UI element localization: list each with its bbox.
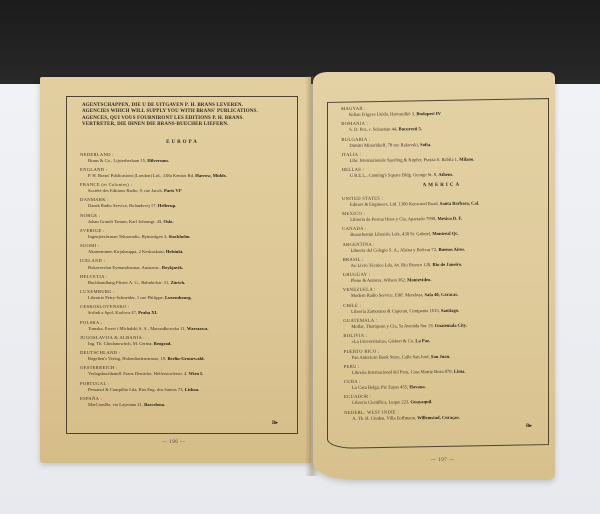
country-name: POLSKA : — [80, 320, 285, 325]
agent-address: Tomska, Ewert i Michalski S. A., Marszał… — [80, 326, 285, 331]
agent-city: Wien I. — [189, 371, 203, 376]
agency-entry: PORTUGAL :Pessanol & Campilho Lda, Rua E… — [80, 381, 285, 392]
agent-address: Mollar, Thompson y Cia, 5a Avenida Sur 1… — [343, 322, 543, 329]
agent-text: U.R.E.L., Canning's Square Bldg. George … — [350, 172, 438, 178]
agent-address: Dansk Radio Service, Rolandsvej 17, Hell… — [80, 203, 285, 208]
agent-city: Oslo. — [164, 219, 174, 224]
agency-entry: CHILE :Libreria Zamorano & Caperan, Comp… — [343, 301, 543, 314]
agent-address: Libreria Científica, Luque 223, Guayaqui… — [344, 398, 544, 405]
agent-address: Beauchemin Librairie Ltée, 430 St. Gabri… — [342, 230, 542, 237]
agent-address: Editors & Engineers, Ltd. 1300 Kenwood R… — [342, 200, 542, 207]
country-name: LUXEMBURG : — [80, 289, 285, 294]
country-name: CESKOSLOVENSKO : — [80, 304, 285, 309]
agent-text: Libreria del Colegio S. A., Alsina y Bol… — [350, 247, 437, 253]
agent-text: Dansk Radio Service, Rolandsvej 17, — [88, 203, 157, 208]
agency-entry: BOLIVIA :«La Universitaria», Gisbert & C… — [343, 331, 543, 344]
agency-entry: LUXEMBURG :Librairie Petry-Schneider, 1 … — [80, 289, 285, 300]
agency-entry: SVERIGE :Ingenjörsfirman Teknoradio, Ryt… — [80, 228, 285, 239]
agent-text: S. D. Pot., r. Sebastian 44, — [349, 127, 397, 133]
agent-city: Lisboa. — [185, 387, 199, 392]
agent-address: La Casa Belga, Pte Zayas 455, Havana. — [344, 383, 544, 390]
agency-entry: NEDERL. WEST INDIË :A. Th. H. Cruden, Vi… — [344, 408, 544, 421]
agent-city: Hellerup. — [158, 203, 177, 208]
page-number: — 196 — — [162, 440, 186, 445]
agent-city: Zürich. — [171, 280, 186, 285]
agent-city: Praha XI. — [138, 310, 157, 315]
agent-address: Regelien's Verlag, Hohenlindenstrasse, 1… — [80, 356, 285, 361]
agent-address: Ing. Th. Chodanowitch, M. Cerina, Beogra… — [80, 341, 285, 346]
agent-text: Brans & Co., Lijsterbeslaan 15, — [88, 158, 146, 163]
agent-city: Havana. — [409, 384, 426, 389]
agency-entry: ROMANIA :S. D. Pot., r. Sebastian 44, Bu… — [341, 119, 541, 132]
right-page-content: MAGYAR :Kilian Frigyes Utóda, Hatvanilkö… — [341, 104, 544, 425]
agency-entry: BRASIL :Ao Livro Técnico Lda, Av. Rio Br… — [343, 255, 543, 268]
agent-city: Hilversum. — [147, 158, 169, 163]
agent-address: MarConsRe, via Layetana 21, Barcelona. — [80, 402, 285, 407]
agency-entry: URUGUAY :Pleno & Autores, Wilson 362, Mo… — [343, 270, 543, 283]
country-name: SVERIGE : — [80, 228, 285, 233]
agent-city: Buenos Aires. — [438, 246, 465, 251]
agent-text: Editors & Engineers, Ltd. 1300 Kenwood R… — [350, 201, 439, 207]
country-name: DANMARK : — [80, 197, 285, 202]
agent-address: Pan American Book Store, Calle San José,… — [344, 352, 544, 359]
agent-city: Montreal Qc. — [432, 231, 458, 236]
agent-text: MarConsRe, via Layetana 21, — [88, 402, 143, 407]
agent-text: «La Universitaria», Gisbert & Co, — [351, 339, 414, 345]
agent-text: Libreria Zamorano & Caperan, Compania 10… — [351, 308, 440, 314]
agent-text: Libreria Científica, Luque 223, — [352, 400, 409, 406]
agent-text: La Casa Belga, Pte Zayas 455, — [352, 384, 408, 390]
right-page: MAGYAR :Kilian Frigyes Utóda, Hatvanilkö… — [313, 72, 555, 480]
agent-city: Mexico D. F. — [437, 216, 462, 221]
agent-text: Libreria de Porrua Hnos y Cia, Apartado … — [350, 216, 436, 222]
country-name: HELVETIA : — [80, 274, 285, 279]
agency-entry: CANADA :Beauchemin Librairie Ltée, 430 S… — [342, 224, 542, 237]
agent-city: Willemstad, Curaçao. — [417, 414, 460, 419]
agent-city: Santiago. — [441, 308, 459, 313]
agent-city: San Juan. — [431, 353, 450, 358]
agent-address: Libreria Zamorano & Caperan, Compania 10… — [343, 307, 543, 314]
agent-address: Ao Livro Técnico Lda, Av. Rio Branco 120… — [343, 261, 543, 268]
agency-entry: SUOMI :Akateeminen Kirjakauppa, 2 Keskus… — [80, 243, 285, 254]
country-name: NORGE : — [80, 213, 285, 218]
agent-address: Verlagsbuchhandl. Franz Deuticke, Helfer… — [80, 371, 285, 376]
agent-city: Bucuresti 5. — [398, 126, 421, 131]
agency-entry: JUGOSLAVIJA & ALBANIA :Ing. Th. Chodanow… — [80, 335, 285, 346]
catchword: B▸ — [526, 423, 532, 429]
agent-address: Modern Radio Service, Edif. Mendoza, Sal… — [343, 291, 543, 298]
country-name: FRANCE (et Colonies) : — [80, 182, 285, 187]
agent-address: Dimitri Minorbkoff, 78 rue Rakovski, Sof… — [341, 141, 541, 148]
agency-entry: OESTERREICH :Verlagsbuchhandl. Franz Deu… — [80, 365, 285, 376]
agent-text: Kilian Frigyes Utóda, Hatvanilkö 3, — [349, 111, 415, 117]
agent-address: Kilian Frigyes Utóda, Hatvanilkö 3, Buda… — [341, 110, 541, 117]
agent-text: Johan Grundt Tanum, Karl Johansgt. 43, — [88, 219, 162, 224]
agency-entry: ITALIA :Libr. Internazionale Sperling & … — [341, 150, 541, 163]
agent-address: Johan Grundt Tanum, Karl Johansgt. 43, O… — [80, 219, 285, 224]
agent-text: Pan American Book Store, Calle San José, — [352, 354, 430, 360]
agent-text: Société des Editions Radio, 9, rue Jacob… — [88, 188, 163, 193]
agent-text: Ing. Th. Chodanowitch, M. Cerina, — [88, 341, 153, 346]
agent-address: Libreria del Colegio S. A., Alsina y Bol… — [342, 246, 542, 253]
catchword: B▸ — [272, 420, 278, 426]
region-heading-america: AMERICA — [342, 182, 542, 190]
agency-entry: MAGYAR :Kilian Frigyes Utóda, Hatvanilkö… — [341, 104, 541, 117]
agency-list-europe: NEDERLAND :Brans & Co., Lijsterbeslaan 1… — [80, 152, 285, 408]
agency-entry: VENEZUELA :Modern Radio Service, Edif. M… — [343, 285, 543, 298]
country-name: ESPAÑA : — [80, 396, 285, 401]
country-name: ENGLAND : — [80, 167, 285, 172]
agency-entry: GUATEMALA :Mollar, Thompson y Cia, 5a Av… — [343, 316, 543, 329]
agent-text: Ao Livro Técnico Lda, Av. Rio Branco 120… — [351, 262, 432, 268]
agency-entry: MEXICO :Libreria de Porrua Hnos y Cia, A… — [342, 209, 542, 222]
agent-text: Libreria Internacional del Peru, Casa Ma… — [352, 369, 453, 375]
agency-intro-heading: AGENTSCHAPPEN, DIE U DE UITGAVEN P. H. B… — [82, 103, 285, 128]
agent-city: Athens. — [438, 172, 453, 177]
agency-entry: DANMARK :Dansk Radio Service, Rolandsvej… — [80, 197, 285, 208]
country-name: OESTERREICH : — [80, 365, 285, 370]
agent-address: Ingenjörsfirman Teknoradio, Rytmvägen 3,… — [80, 234, 285, 239]
agency-entry: PERU :Libreria Internacional del Peru, C… — [344, 362, 544, 375]
left-page-content: AGENTSCHAPPEN, DIE U DE UITGAVEN P. H. B… — [80, 103, 285, 411]
agent-text: Pessanol & Campilho Lda, Rua Eng. dos Sa… — [88, 387, 184, 392]
agency-entry: NORGE :Johan Grundt Tanum, Karl Johansgt… — [80, 213, 285, 224]
agent-address: Librairie Petry-Schneider, 1 rue Philipp… — [80, 295, 285, 300]
agent-text: Dimitri Minorbkoff, 78 rue Rakovski, — [349, 142, 419, 148]
agent-address: «La Universitaria», Gisbert & Co, La Paz… — [343, 337, 543, 344]
agent-city: Paris VI° — [164, 188, 182, 193]
agent-city: Harrow, Middx. — [195, 173, 227, 178]
agent-address: Libreria de Porrua Hnos y Cia, Apartado … — [342, 215, 542, 222]
agent-city: Beograd. — [154, 341, 172, 346]
agency-entry: PUERTO RICO :Pan American Book Store, Ca… — [344, 346, 544, 359]
agency-entry: DEUTSCHLAND :Regelien's Verlag, Hohenlin… — [80, 350, 285, 361]
agent-address: U.R.E.L., Canning's Square Bldg. George … — [342, 171, 542, 178]
agent-city: Milano. — [459, 156, 474, 161]
agent-text: A. Th. H. Cruden, Villa Eoffmann, — [352, 415, 416, 421]
agency-entry: POLSKA :Tomska, Ewert i Michalski S. A.,… — [80, 320, 285, 331]
agent-address: Buchhandlung Pfister A. G., Bahnhofstr. … — [80, 280, 285, 285]
agent-text: Mollar, Thompson y Cia, 5a Avenida Sur 1… — [351, 323, 433, 329]
agency-entry: CUBA :La Casa Belga, Pte Zayas 455, Hava… — [344, 377, 544, 390]
agency-entry: NEDERLAND :Brans & Co., Lijsterbeslaan 1… — [80, 152, 285, 163]
agent-address: Pleno & Autores, Wilson 362, Montevideo. — [343, 276, 543, 283]
country-name: SUOMI : — [80, 243, 285, 248]
agent-text: Libr. Internazionale Sperling & Kupfer, … — [350, 157, 459, 163]
agent-address: Bokaverslun Eymundssonar, Austurstr., Re… — [80, 265, 285, 270]
left-page: AGENTSCHAPPEN, DIE U DE UITGAVEN P. H. B… — [40, 77, 311, 463]
agent-text: Verlagsbuchhandl. Franz Deuticke, Helfer… — [88, 371, 188, 376]
agent-city: Warszawa. — [187, 326, 209, 331]
agent-city: Sala 40, Caracas. — [424, 292, 458, 297]
agent-text: Tomska, Ewert i Michalski S. A., Marszał… — [88, 326, 186, 331]
agent-city: Barcelona. — [144, 402, 165, 407]
agent-text: Pleno & Autores, Wilson 362, — [351, 278, 406, 284]
agency-entry: ARGENTINA :Libreria del Colegio S. A., A… — [342, 239, 542, 252]
agent-text: Regelien's Verlag, Hohenlindenstrasse, 1… — [88, 356, 166, 361]
agency-entry: ENGLAND :P. H. Brans' Publications (Lond… — [80, 167, 285, 178]
agent-text: Sofink a Spol, Karlova 47, — [88, 310, 137, 315]
agent-address: Akateeminen Kirjakauppa, 2 Keskuskatu, H… — [80, 249, 285, 254]
agency-list-europe-continued: MAGYAR :Kilian Frigyes Utóda, Hatvanilkö… — [341, 104, 542, 178]
intro-line: VERTRETER, DIE IHNEN DIE BRANS-BUECHER L… — [82, 122, 285, 128]
intro-line: AGENCIES WHICH WILL SUPPLY YOU WITH BRAN… — [82, 109, 285, 115]
agent-city: Lima. — [454, 369, 466, 374]
agent-text: Buchhandlung Pfister A. G., Bahnhofstr. … — [88, 280, 169, 285]
agent-city: Budapest IV — [416, 111, 441, 116]
agent-address: S. D. Pot., r. Sebastian 44, Bucuresti 5… — [341, 125, 541, 132]
country-name: PORTUGAL : — [80, 381, 285, 386]
page-number: — 197 — — [431, 458, 455, 463]
country-name: NEDERLAND : — [80, 152, 285, 157]
agent-city: Helsinki. — [166, 249, 184, 254]
agent-address: Pessanol & Campilho Lda, Rua Eng. dos Sa… — [80, 387, 285, 392]
agent-city: La Paz. — [415, 338, 430, 343]
agent-city: Santa Barbara, Cal. — [440, 200, 479, 205]
agent-text: P. H. Brans' Publications (London) Ltd.,… — [88, 173, 194, 178]
agent-city: Sofia. — [420, 142, 431, 147]
agent-city: Berlin-Grunewald. — [167, 356, 204, 361]
agent-city: Rio de Janeiro. — [432, 262, 462, 267]
agency-entry: ECUADOR :Libreria Científica, Luque 223,… — [344, 392, 544, 405]
region-heading-europa: EUROPA — [80, 140, 285, 146]
agent-text: Beauchemin Librairie Ltée, 430 St. Gabri… — [350, 231, 431, 237]
agent-address: Société des Editions Radio, 9, rue Jacob… — [80, 188, 285, 193]
agency-entry: HELLAS :U.R.E.L., Canning's Square Bldg.… — [342, 165, 542, 178]
country-name: DEUTSCHLAND : — [80, 350, 285, 355]
agency-entry: ICELAND :Bokaverslun Eymundssonar, Austu… — [80, 258, 285, 269]
agent-text: Akateeminen Kirjakauppa, 2 Keskuskatu, — [88, 249, 165, 254]
agent-city: Luxembourg. — [165, 295, 192, 300]
agent-address: P. H. Brans' Publications (London) Ltd.,… — [80, 173, 285, 178]
agent-city: Guayaquil. — [411, 399, 433, 404]
agency-entry: ESPAÑA :MarConsRe, via Layetana 21, Barc… — [80, 396, 285, 407]
agent-city: Guatemala City. — [435, 323, 467, 328]
country-name: JUGOSLAVIJA & ALBANIA : — [80, 335, 285, 340]
agent-text: Ingenjörsfirman Teknoradio, Rytmvägen 3, — [88, 234, 167, 239]
agent-address: Libreria Internacional del Peru, Casa Ma… — [344, 368, 544, 375]
agent-address: Sofink a Spol, Karlova 47, Praha XI. — [80, 310, 285, 315]
agent-text: Bokaverslun Eymundssonar, Austurstr., — [88, 265, 161, 270]
agent-address: Brans & Co., Lijsterbeslaan 15, Hilversu… — [80, 158, 285, 163]
agent-text: Librairie Petry-Schneider, 1 rue Philipp… — [88, 295, 164, 300]
agency-entry: FRANCE (et Colonies) :Société des Editio… — [80, 182, 285, 193]
agent-address: Libr. Internazionale Sperling & Kupfer, … — [342, 156, 542, 163]
agent-city: Montevideo. — [407, 277, 431, 282]
agency-entry: BULGARIA :Dimitri Minorbkoff, 78 rue Rak… — [341, 134, 541, 147]
agency-entry: CESKOSLOVENSKO :Sofink a Spol, Karlova 4… — [80, 304, 285, 315]
agency-entry: HELVETIA :Buchhandlung Pfister A. G., Ba… — [80, 274, 285, 285]
country-name: ICELAND : — [80, 258, 285, 263]
agent-text: Modern Radio Service, Edif. Mendoza, — [351, 293, 423, 299]
agency-entry: UNITED STATES :Editors & Engineers, Ltd.… — [342, 194, 542, 207]
agent-city: Stockholm. — [169, 234, 191, 239]
agency-list-america: UNITED STATES :Editors & Engineers, Ltd.… — [342, 194, 544, 421]
agent-address: A. Th. H. Cruden, Villa Eoffmann, Willem… — [344, 414, 544, 421]
agent-city: Reykjavik. — [162, 265, 183, 270]
